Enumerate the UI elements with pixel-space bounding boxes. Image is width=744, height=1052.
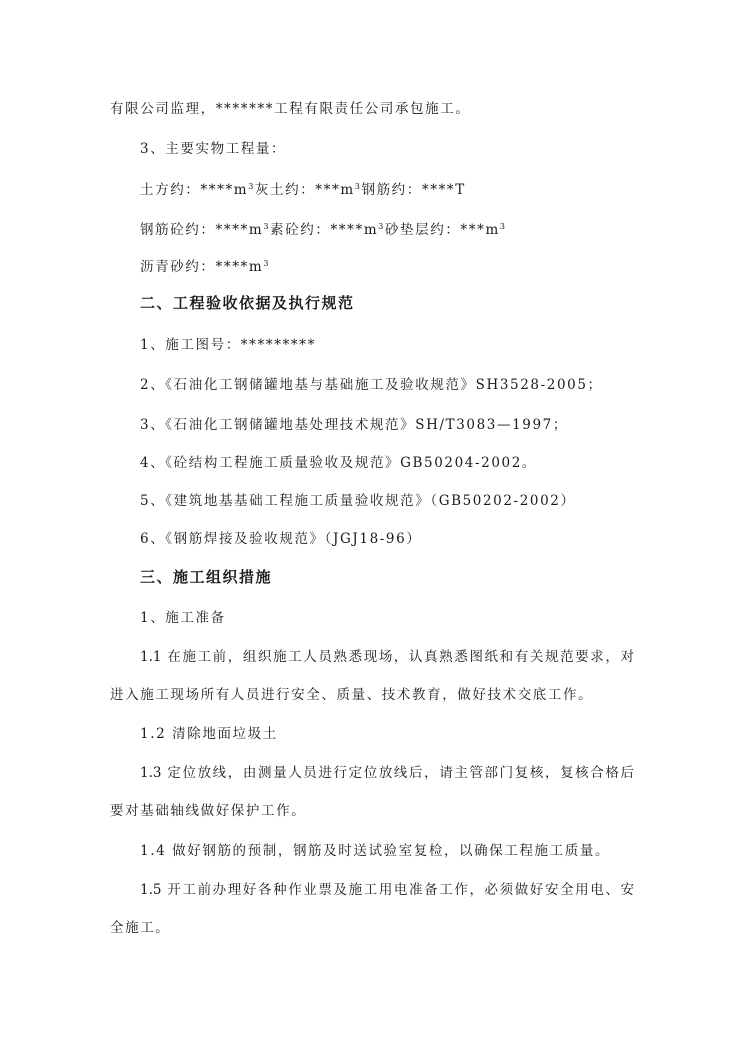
spec-item-1: 1、施工图号：********* (140, 336, 634, 354)
superscript: 3 (263, 259, 270, 268)
paragraph-1-4: 1.4 做好钢筋的预制，钢筋及时送试验室复检，以确保工程施工质量。 (140, 842, 634, 860)
quantities-line-3: 沥青砂约：****m3 (140, 258, 634, 276)
spec-item-5: 5、《建筑地基基础工程施工质量验收规范》（GB50202-2002） (140, 492, 634, 510)
superscript: 3 (500, 222, 507, 231)
plain-concrete-quantity: 素砼约：****m (270, 222, 378, 238)
lime-soil-quantity: 灰土约：***m (255, 182, 355, 198)
section-2-heading: 二、工程验收依据及执行规范 (140, 293, 355, 313)
quantities-line-1: 土方约：****m3灰土约：***m3钢筋约：****T (140, 181, 634, 199)
superscript: 3 (263, 222, 270, 231)
superscript: 3 (378, 222, 385, 231)
document-page: 有限公司监理，*******工程有限责任公司承包施工。 3、主要实物工程量： 土… (0, 0, 744, 1052)
rebar-quantity: 钢筋约：****T (361, 182, 465, 198)
paragraph-continuation: 有限公司监理，*******工程有限责任公司承包施工。 (110, 100, 634, 118)
superscript: 3 (248, 182, 255, 191)
spec-item-4: 4、《砼结构工程施工质量验收及规范》GB50204-2002。 (140, 454, 634, 472)
quantities-line-2: 钢筋砼约：****m3素砼约：****m3砂垫层约：***m3 (140, 221, 634, 239)
paragraph-1-5: 1.5 开工前办理好各种作业票及施工用电准备工作，必须做好安全用电、安 (140, 881, 634, 899)
paragraph-1-3: 1.3 定位放线，由测量人员进行定位放线后，请主管部门复核，复核合格后 (140, 764, 634, 782)
spec-item-3: 3、《石油化工钢储罐地基处理技术规范》SH/T3083—1997； (140, 416, 634, 434)
section-3-heading: 三、施工组织措施 (140, 567, 272, 587)
paragraph-1-5-cont: 全施工。 (110, 919, 634, 937)
spec-item-6: 6、《钢筋焊接及验收规范》（JGJ18-96） (140, 530, 634, 548)
asphalt-sand-quantity: 沥青砂约：****m (140, 259, 263, 275)
paragraph-1-3-cont: 要对基础轴线做好保护工作。 (110, 802, 634, 820)
paragraph-1-1-cont: 进入施工现场所有人员进行安全、质量、技术教育，做好技术交底工作。 (110, 686, 634, 704)
earthwork-quantity: 土方约：****m (140, 182, 248, 198)
quantities-heading: 3、主要实物工程量： (140, 140, 634, 158)
paragraph-1-2: 1.2 清除地面垃圾土 (140, 725, 634, 743)
spec-item-2: 2、《石油化工钢储罐地基与基础施工及验收规范》SH3528-2005； (140, 376, 634, 394)
reinforced-concrete-quantity: 钢筋砼约：****m (140, 222, 263, 238)
sand-cushion-quantity: 砂垫层约：***m (385, 222, 500, 238)
paragraph-1-1: 1.1 在施工前，组织施工人员熟悉现场，认真熟悉图纸和有关规范要求，对 (140, 648, 634, 666)
subsection-heading: 1、施工准备 (140, 609, 634, 627)
